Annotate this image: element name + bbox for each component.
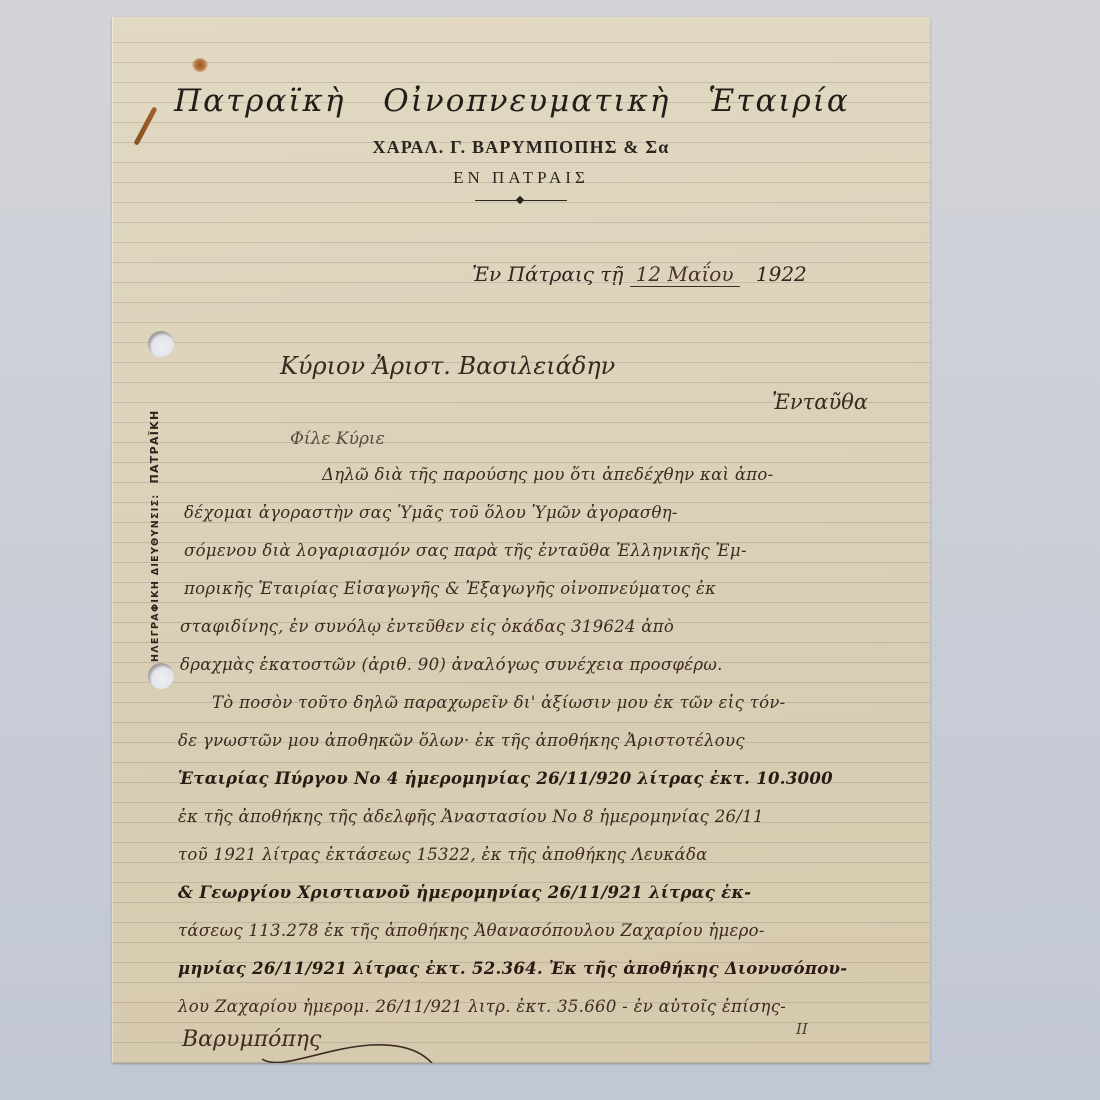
body-line: τάσεως 113.278 ἐκ τῆς ἀποθήκης Ἀθανασόπο… bbox=[178, 921, 765, 940]
dateline-prefix: Ἐν Πάτραις τῇ bbox=[472, 262, 623, 286]
body-line: σόμενου διὰ λογαριασμόν σας παρὰ τῆς ἐντ… bbox=[184, 541, 747, 560]
telegraphic-address-value: ΠΑΤΡΑΪΚΗ bbox=[148, 410, 161, 484]
body-line: μηνίας 26/11/921 λίτρας ἐκτ. 52.364. Ἐκ … bbox=[178, 959, 847, 978]
recipient-name: Κύριον Ἀριστ. Βασιλειάδην bbox=[280, 352, 615, 380]
body-line: Τὸ ποσὸν τοῦτο δηλῶ παραχωρεῖν δι' ἀξίωσ… bbox=[212, 693, 786, 712]
body-line: δε γνωστῶν μου ἀποθηκῶν ὅλων· ἐκ τῆς ἀπο… bbox=[178, 731, 745, 750]
body-line: ἐκ τῆς ἀποθήκης τῆς ἀδελφῆς Ἀναστασίου Ν… bbox=[178, 807, 764, 826]
company-owner-line: ΧΑΡΑΛ. Γ. ΒΑΡΥΜΠΟΠΗΣ & Σα bbox=[112, 137, 930, 158]
recipient-city: Ἐνταῦθα bbox=[772, 390, 868, 414]
date-month: Μαΐου bbox=[667, 262, 733, 286]
divider-ornament bbox=[475, 200, 567, 201]
telegraphic-address-label: ΗΛΕΓΡΑΦΙΚΗ ΔΙΕΥΘΥΝΣΙΣ: bbox=[150, 494, 161, 662]
telegraphic-address-strip: ΗΛΕΓΡΑΦΙΚΗ ΔΙΕΥΘΥΝΣΙΣ:ΠΑΤΡΑΪΚΗ bbox=[148, 410, 161, 663]
body-line: Δηλῶ διὰ τῆς παρούσης μου ὅτι ἀπεδέχθην … bbox=[322, 465, 774, 484]
letter-page: Πατραϊκὴ Οἰνοπνευματικὴ Ἑταιρία ΧΑΡΑΛ. Γ… bbox=[112, 17, 930, 1063]
signature-flourish-icon bbox=[260, 1037, 460, 1063]
date-day: 12 bbox=[636, 262, 661, 286]
dateline-date: 12 Μαΐου bbox=[630, 262, 740, 287]
dateline: Ἐν Πάτραις τῇ 12 Μαΐου 1922 bbox=[472, 262, 807, 287]
body-line: πορικῆς Ἑταιρίας Εἰσαγωγῆς & Ἐξαγωγῆς οἰ… bbox=[184, 579, 716, 598]
body-line: δέχομαι ἀγοραστὴν σας Ὑμᾶς τοῦ ὅλου Ὑμῶν… bbox=[184, 503, 678, 522]
body-line: λου Ζαχαρίου ἡμερομ. 26/11/921 λιτρ. ἐκτ… bbox=[178, 997, 786, 1016]
page-marker: II bbox=[796, 1020, 808, 1038]
company-name: Πατραϊκὴ Οἰνοπνευματικὴ Ἑταιρία bbox=[112, 83, 930, 119]
date-year: 1922 bbox=[756, 262, 807, 286]
rust-stain bbox=[192, 58, 208, 72]
punch-hole-bottom bbox=[148, 663, 174, 689]
body-line: σταφιδίνης, ἐν συνόλῳ ἐντεῦθεν εἰς ὀκάδα… bbox=[180, 617, 674, 636]
body-line: & Γεωργίου Χριστιανοῦ ἡμερομηνίας 26/11/… bbox=[178, 883, 751, 902]
salutation: Φίλε Κύριε bbox=[290, 429, 385, 449]
body-line: τοῦ 1921 λίτρας ἐκτάσεως 15322, ἐκ τῆς ἀ… bbox=[178, 845, 708, 864]
punch-hole-top bbox=[148, 331, 174, 357]
body-line: δραχμὰς ἑκατοστῶν (ἀριθ. 90) ἀναλόγως συ… bbox=[180, 655, 723, 674]
letterhead: Πατραϊκὴ Οἰνοπνευματικὴ Ἑταιρία ΧΑΡΑΛ. Γ… bbox=[112, 83, 930, 201]
company-city-line: ΕΝ ΠΑΤΡΑΙΣ bbox=[112, 168, 930, 188]
body-line: Ἑταιρίας Πύργου Νο 4 ἡμερομηνίας 26/11/9… bbox=[178, 769, 833, 788]
